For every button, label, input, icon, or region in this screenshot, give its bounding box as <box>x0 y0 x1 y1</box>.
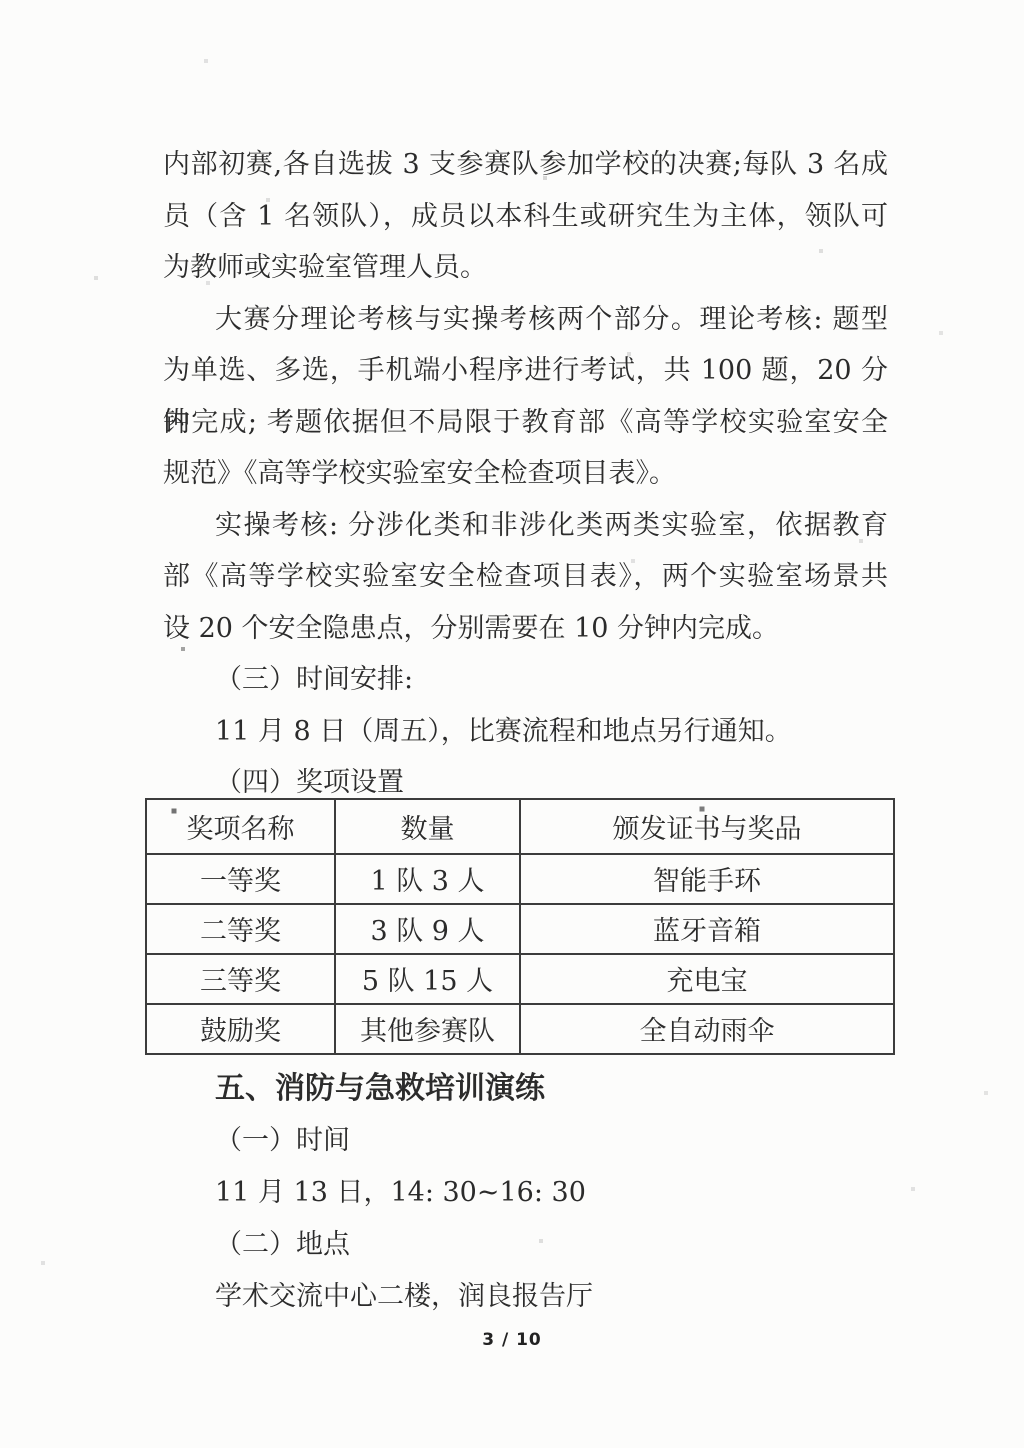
text-line: 为单选、多选，手机端小程序进行考试，共 100 题，20 分钟 <box>163 345 888 397</box>
table-row: 鼓励奖其他参赛队全自动雨伞 <box>146 1004 894 1054</box>
text-line: 11 月 13 日，14: 30~16: 30 <box>163 1167 888 1219</box>
table-header-row: 奖项名称数量颁发证书与奖品 <box>146 799 894 854</box>
text-line: 员（含 1 名领队），成员以本科生或研究生为主体，领队可 <box>163 191 888 243</box>
table-cell: 其他参赛队 <box>335 1004 520 1054</box>
text-line: （三）时间安排: <box>163 654 888 706</box>
text-line: 学术交流中心二楼，润良报告厅 <box>163 1271 888 1323</box>
text-line: （二）地点 <box>163 1219 888 1271</box>
table-cell: 鼓励奖 <box>146 1004 335 1054</box>
text-line: 设 20 个安全隐患点，分别需要在 10 分钟内完成。 <box>163 603 888 655</box>
table-cell: 蓝牙音箱 <box>520 904 894 954</box>
text-block-before-table: 内部初赛,各自选拔 3 支参赛队参加学校的决赛;每队 3 名成员（含 1 名领队… <box>163 139 888 809</box>
text-line: 大赛分理论考核与实操考核两个部分。理论考核: 题型 <box>163 294 888 346</box>
table-cell: 充电宝 <box>520 954 894 1004</box>
table-row: 二等奖3 队 9 人蓝牙音箱 <box>146 904 894 954</box>
text-line: 11 月 8 日（周五），比赛流程和地点另行通知。 <box>163 706 888 758</box>
awards-table-body: 一等奖1 队 3 人智能手环二等奖3 队 9 人蓝牙音箱三等奖5 队 15 人充… <box>146 854 894 1054</box>
table-cell: 智能手环 <box>520 854 894 904</box>
page-number: 3 / 10 <box>0 1330 1024 1350</box>
text-line: 部《高等学校实验室安全检查项目表》，两个实验室场景共 <box>163 551 888 603</box>
table-cell: 全自动雨伞 <box>520 1004 894 1054</box>
scan-noise-speckles <box>0 0 2 2</box>
awards-table-header: 奖项名称数量颁发证书与奖品 <box>146 799 894 854</box>
text-line: 内部初赛,各自选拔 3 支参赛队参加学校的决赛;每队 3 名成 <box>163 139 888 191</box>
text-line: 内完成; 考题依据但不局限于教育部《高等学校实验室安全 <box>163 397 888 449</box>
text-block-after-table: 五、消防与急救培训演练（一）时间11 月 13 日，14: 30~16: 30（… <box>163 1063 888 1323</box>
document-body: 内部初赛,各自选拔 3 支参赛队参加学校的决赛;每队 3 名成员（含 1 名领队… <box>163 139 888 1323</box>
table-cell: 3 队 9 人 <box>335 904 520 954</box>
text-line: 规范》《高等学校实验室安全检查项目表》。 <box>163 448 888 500</box>
table-cell: 一等奖 <box>146 854 335 904</box>
table-cell: 5 队 15 人 <box>335 954 520 1004</box>
table-cell: 三等奖 <box>146 954 335 1004</box>
awards-table: 奖项名称数量颁发证书与奖品 一等奖1 队 3 人智能手环二等奖3 队 9 人蓝牙… <box>145 798 895 1055</box>
text-line: 为教师或实验室管理人员。 <box>163 242 888 294</box>
table-row: 一等奖1 队 3 人智能手环 <box>146 854 894 904</box>
text-line: 实操考核: 分涉化类和非涉化类两类实验室，依据教育 <box>163 500 888 552</box>
text-line: （一）时间 <box>163 1115 888 1167</box>
table-cell: 1 队 3 人 <box>335 854 520 904</box>
table-cell: 二等奖 <box>146 904 335 954</box>
section-heading: 五、消防与急救培训演练 <box>163 1063 888 1115</box>
table-row: 三等奖5 队 15 人充电宝 <box>146 954 894 1004</box>
table-header-cell: 颁发证书与奖品 <box>520 799 894 854</box>
